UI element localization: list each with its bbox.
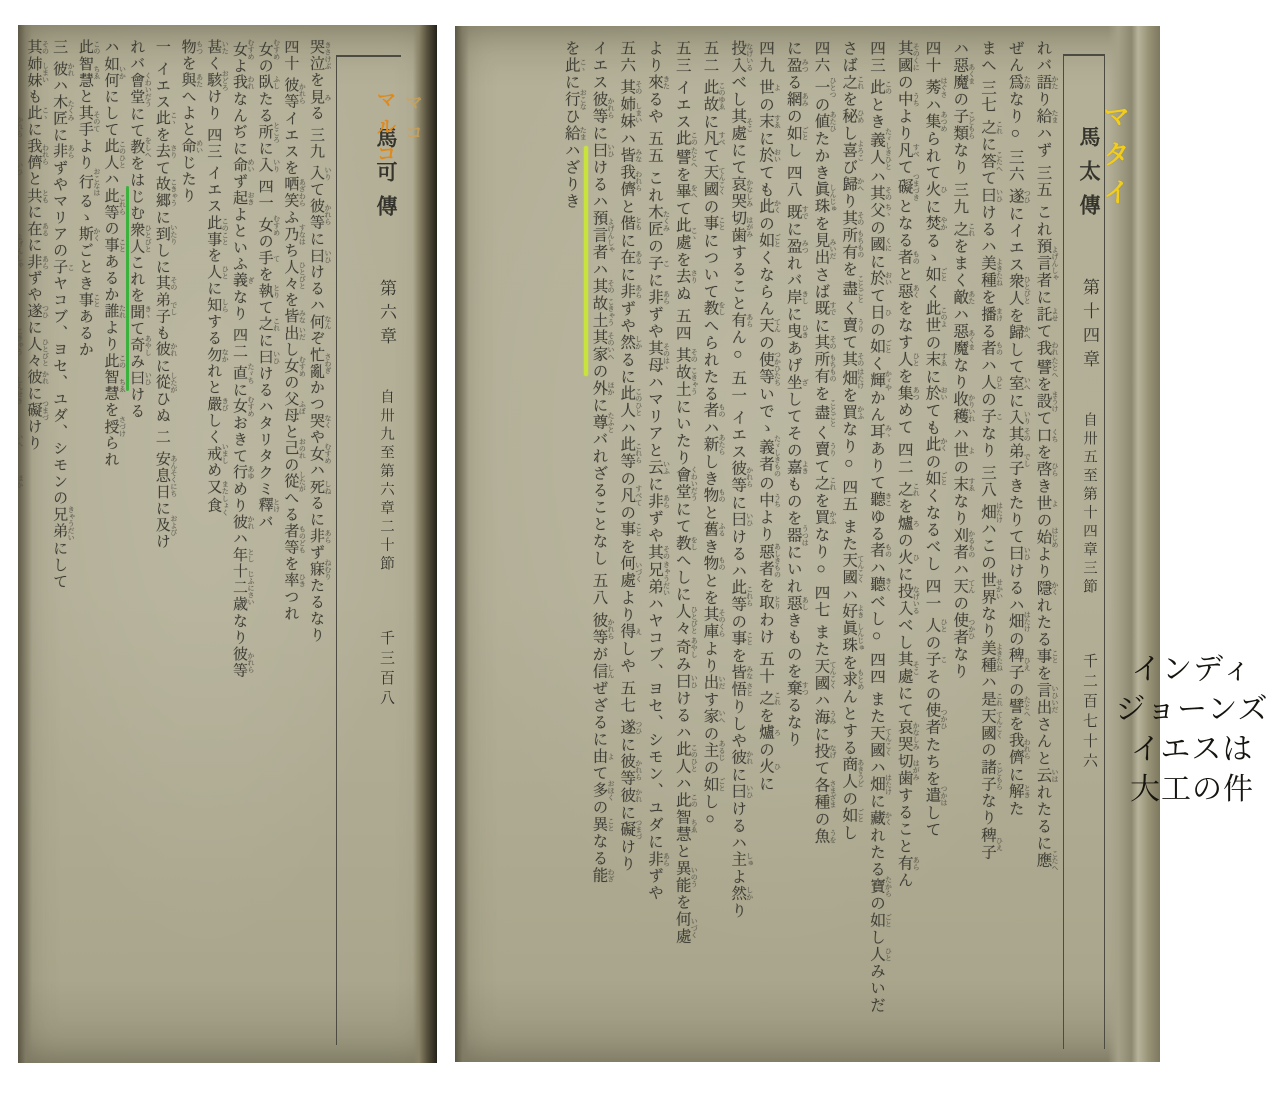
text-column: 四 イエス彼等かれらに曰いひけるハ預言者よげんしゃハその故郷こきゃうの親戚しんせ…: [18, 39, 24, 1051]
text-column: 一 イエス此こゝを去さりて故郷こきゃうに到いたりしに其その弟子でしも彼かれに從し…: [152, 39, 178, 1051]
text-column: 哭泣きさけぶを見みる 三九 入いりて彼等かれらに曰いひけるハ何なんぞ忙亂さわぎか…: [306, 39, 332, 1051]
text-column: 五三 イエス此この譬たとへを畢をへて此處こゝを去さりぬ 五四 其その故土こきゃう…: [671, 40, 699, 1050]
folio-number: 千二百七十六: [1079, 653, 1100, 773]
caption-line: ジョーンズ: [1106, 690, 1278, 730]
text-column: れバ會堂くわいだうにて教をしへをはじむ衆人ひとびとこれを聞きゝて奇あやしみ曰いひ…: [127, 39, 153, 1051]
binding-shadow: [413, 25, 437, 1063]
text-column: れバ語かたり給たまハず 三五 これ預言者よげんしゃに託よせて我われ譬たとへを設ま…: [1031, 40, 1059, 1050]
text-column: イエス彼等かれらに曰いひけるハ預言者よげんしゃハ其その故土こきゃう其家そのいへの…: [587, 40, 615, 1050]
text-column: 三 彼かれハ木匠たくみに非あらずやマリアの子こヤコブ、ヨセ、ユダ、シモンの兄弟き…: [49, 39, 75, 1051]
verse-range-label: 自卅九至第六章二十節: [376, 389, 397, 574]
caption-line: インディ: [1106, 650, 1278, 690]
text-column: 四六 一ひとつの値あたひたかき眞珠しんじゅを見出みいださば既すでに其その所有もち…: [809, 40, 837, 1050]
text-column: より來きたるや 五五 これ木匠たくみの子こに非あらずや其母そのはゝハマリアと云い…: [643, 40, 671, 1050]
folio-number: 千三百八: [376, 630, 397, 710]
text-column: 四九 世よの末すゑに於おいても此かくの如ごとくならん天てんの使等つかひたちいでゝ…: [754, 40, 782, 1050]
text-column: ぜん爲ためなり○ 三六 遂つひにイエス衆人ひとびとを歸かへして室いへに入いり其そ…: [1004, 40, 1032, 1050]
mako-annotation: マコ: [400, 93, 426, 153]
text-column: 投入なげいるべし其處そこにて哀哭かなしみ切歯はがみすること有あらん○ 五一 イエ…: [726, 40, 754, 1050]
text-column: 甚いたく駭おどろけり 四三 イエス此事このことを人ひとに知しらする勿なかれと嚴き…: [204, 39, 230, 1051]
text-column: まへ 三七 之これに答こたへて曰いひけるハ美種よきたねを播まける者ものハ人ひとの…: [976, 40, 1004, 1050]
text-column: さば之これを秘ひめし喜よろこび歸かへり其その所有もちものを盡ことごとく賣うりて其…: [837, 40, 865, 1050]
right-page-text: れバ語かたり給たまハず 三五 これ預言者よげんしゃに託よせて我われ譬たとへを設ま…: [463, 40, 1059, 1050]
text-column: に盈みつる網あみの如ごとし 四八 既すでに盈みつれバ岸きしに曳ひきあげ坐ざしてそ…: [782, 40, 810, 1050]
green-highlight-line-right: [584, 146, 588, 376]
text-column: 四十 彼等かれらイエスを哂笑あざわらふ乃すなはち人々ひとびとを皆みな出いだし女む…: [281, 39, 307, 1051]
text-column: 五六 其その姉妹しまいハ皆みな我儕われらと偕ともに在あるに非あらずや然しかるに此…: [615, 40, 643, 1050]
left-page-header: 馬可傳 第六章 自卅九至第六章二十節 千三百八: [336, 55, 401, 1045]
verse-range-label: 自卅五至第十四章三節: [1079, 412, 1100, 597]
text-column: 四十 莠はぐさハ集あつめられて火ひに焚やかるゝ如ごとく此世このよの末すゑに於おい…: [920, 40, 948, 1050]
text-column: 女むすめの臥ふしたる所ところに入いり 四一 女むすめの手てを執とりて之これに曰い…: [255, 39, 281, 1051]
text-column: 物もつを與あたへよと命めいじたり: [178, 39, 204, 1051]
chapter-label: 第六章: [374, 279, 399, 351]
text-column: ハ如何いかにして此人このひとハ此等これらの事ことあるか誰たれより此この智慧ちゑを…: [101, 39, 127, 1051]
left-page-text: 哭泣きさけぶを見みる 三九 入いりて彼等かれらに曰いひけるハ何なんぞ忙亂さわぎか…: [26, 39, 332, 1051]
chapter-label: 第十四章: [1077, 278, 1102, 374]
left-page-photo: 哭泣きさけぶを見みる 三九 入いりて彼等かれらに曰いひけるハ何なんぞ忙亂さわぎか…: [18, 25, 437, 1063]
text-column: 女むすめよ我われなんぢに命めいず起おきよといふ義ぎなり 四二 直たゞちに女むすめ…: [229, 39, 255, 1051]
text-column: 其國そのくにの中うちより凡すべて礙つまづきとなる者ものと惡あくをなす人ひとを集あ…: [893, 40, 921, 1050]
photo-collage: 哭泣きさけぶを見みる 三九 入いりて彼等かれらに曰いひけるハ何なんぞ忙亂さわぎか…: [0, 0, 1280, 1109]
maruko-annotation: マルコ: [370, 89, 399, 170]
text-column: ハ惡魔あくまの子類こどもらなり 三九 之これをまく敵あたハ惡魔あくまなり收穫かり…: [948, 40, 976, 1050]
text-column: 五二 此故このゆゑに凡すべて天國てんこくの事ことについて教をしへられたる者ものハ…: [698, 40, 726, 1050]
caption-note: インディ ジョーンズ イエスは 大工の件: [1106, 650, 1278, 810]
green-highlight-line-left: [126, 186, 129, 391]
text-column: 此この智慧ちゑと其手そのてより行おこなはるゝ斯かくごとき事ことあるか: [75, 39, 101, 1051]
text-column: 其その姉妹しまいも此こゝに我儕われらと共ともに在あるに非あらずや遂つひに人々ひと…: [24, 39, 50, 1051]
matai-annotation: マタイ: [1095, 102, 1134, 216]
right-page-photo: れバ語かたり給たまハず 三五 これ預言者よげんしゃに託よせて我われ譬たとへを設ま…: [455, 26, 1160, 1062]
caption-line: 大工の件: [1106, 770, 1278, 810]
caption-line: イエスは: [1106, 730, 1278, 770]
text-column: 四三 此このとき義人たゞしきひとハ其その父ちゝの國くにに於おいて日ひの如ごとく輝…: [865, 40, 893, 1050]
